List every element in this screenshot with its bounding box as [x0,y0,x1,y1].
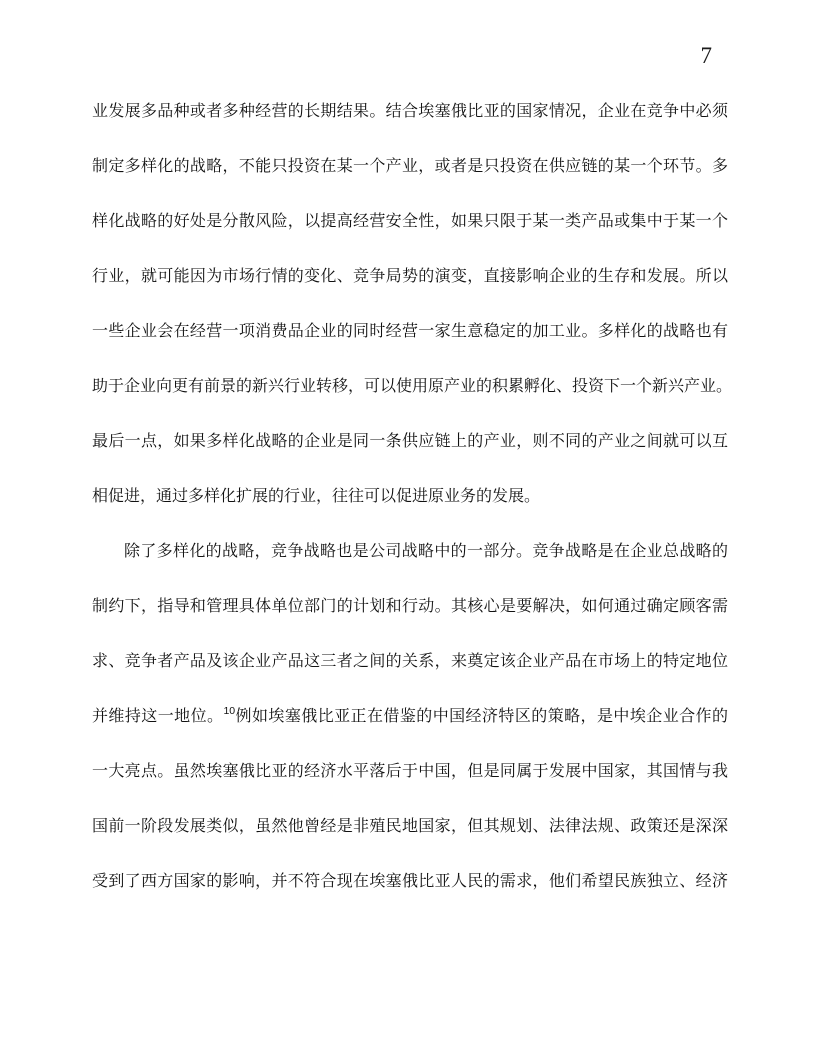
text-segment: 业发展多品种或者多种经营的长期结果。结合埃塞俄比亚的国家情况，企业在竞争中必须 [92,103,728,120]
document-body: 业发展多品种或者多种经营的长期结果。结合埃塞俄比亚的国家情况，企业在竞争中必须制… [92,84,728,909]
page-header: 7 [701,44,713,67]
text-segment: 除了多样化的战略，竞争战略也是公司战略中的一部分。竞争战略是在企业总战略的 [124,543,728,560]
text-line: 除了多样化的战略，竞争战略也是公司战略中的一部分。竞争战略是在企业总战略的 [92,524,728,579]
text-segment: 制约下，指导和管理具体单位部门的计划和行动。其核心是要解决，如何通过确定顾客需 [92,598,728,615]
text-line: 最后一点，如果多样化战略的企业是同一条供应链上的产业，则不同的产业之间就可以互 [92,414,728,469]
text-segment: 例如埃塞俄比亚正在借鉴的中国经济特区的策略，是中埃企业合作的 [235,708,728,725]
text-line: 求、竞争者产品及该企业产品这三者之间的关系，来奠定该企业产品在市场上的特定地位 [92,634,728,689]
text-line: 并维持这一地位。10例如埃塞俄比亚正在借鉴的中国经济特区的策略，是中埃企业合作的 [92,689,728,744]
text-line: 制约下，指导和管理具体单位部门的计划和行动。其核心是要解决，如何通过确定顾客需 [92,579,728,634]
text-segment: 助于企业向更有前景的新兴行业转移，可以使用原产业的积累孵化、投资下一个新兴产业。 [92,378,732,395]
text-segment: 受到了西方国家的影响，并不符合现在埃塞俄比亚人民的需求，他们希望民族独立、经济 [92,873,728,890]
text-segment: 一大亮点。虽然埃塞俄比亚的经济水平落后于中国，但是同属于发展中国家，其国情与我 [92,763,728,780]
text-line: 一些企业会在经营一项消费品企业的同时经营一家生意稳定的加工业。多样化的战略也有 [92,304,728,359]
text-segment: 国前一阶段发展类似，虽然他曾经是非殖民地国家，但其规划、法律法规、政策还是深深 [92,818,728,835]
text-segment: 一些企业会在经营一项消费品企业的同时经营一家生意稳定的加工业。多样化的战略也有 [92,323,728,340]
text-line: 一大亮点。虽然埃塞俄比亚的经济水平落后于中国，但是同属于发展中国家，其国情与我 [92,744,728,799]
text-line: 受到了西方国家的影响，并不符合现在埃塞俄比亚人民的需求，他们希望民族独立、经济 [92,854,728,909]
text-segment: 行业，就可能因为市场行情的变化、竞争局势的演变，直接影响企业的生存和发展。所以 [92,268,728,285]
text-segment: 相促进，通过多样化扩展的行业，往往可以促进原业务的发展。 [92,488,540,505]
text-segment: 制定多样化的战略，不能只投资在某一个产业，或者是只投资在供应链的某一个环节。多 [92,158,728,175]
paragraph-2: 除了多样化的战略，竞争战略也是公司战略中的一部分。竞争战略是在企业总战略的制约下… [92,524,728,909]
document-page: 7 业发展多品种或者多种经营的长期结果。结合埃塞俄比亚的国家情况，企业在竞争中必… [0,0,816,1056]
page-number: 7 [701,43,713,68]
footnote-reference: 10 [223,705,235,717]
text-segment: 求、竞争者产品及该企业产品这三者之间的关系，来奠定该企业产品在市场上的特定地位 [92,653,728,670]
text-line: 国前一阶段发展类似，虽然他曾经是非殖民地国家，但其规划、法律法规、政策还是深深 [92,799,728,854]
paragraph-1: 业发展多品种或者多种经营的长期结果。结合埃塞俄比亚的国家情况，企业在竞争中必须制… [92,84,728,524]
text-line: 行业，就可能因为市场行情的变化、竞争局势的演变，直接影响企业的生存和发展。所以 [92,249,728,304]
text-line: 相促进，通过多样化扩展的行业，往往可以促进原业务的发展。 [92,469,728,524]
text-segment: 并维持这一地位。 [92,708,223,725]
text-line: 业发展多品种或者多种经营的长期结果。结合埃塞俄比亚的国家情况，企业在竞争中必须 [92,84,728,139]
text-segment: 最后一点，如果多样化战略的企业是同一条供应链上的产业，则不同的产业之间就可以互 [92,433,728,450]
text-line: 样化战略的好处是分散风险，以提高经营安全性，如果只限于某一类产品或集中于某一个 [92,194,728,249]
text-line: 助于企业向更有前景的新兴行业转移，可以使用原产业的积累孵化、投资下一个新兴产业。 [92,359,728,414]
text-line: 制定多样化的战略，不能只投资在某一个产业，或者是只投资在供应链的某一个环节。多 [92,139,728,194]
text-segment: 样化战略的好处是分散风险，以提高经营安全性，如果只限于某一类产品或集中于某一个 [92,213,728,230]
